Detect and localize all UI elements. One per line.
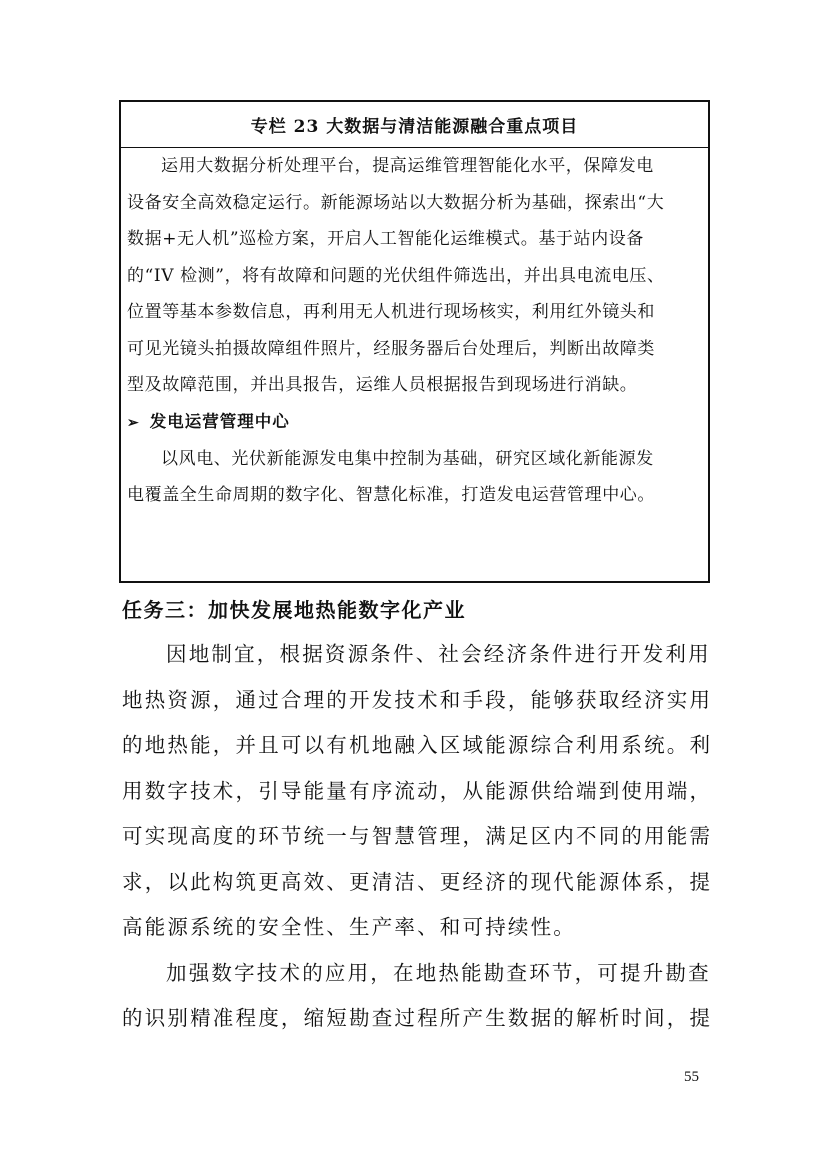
box-text-line: 可见光镜头拍摄故障组件照片，经服务器后台处理后，判断出故障类 (127, 331, 702, 368)
box-text-line: 运用大数据分析处理平台，提高运维管理智能化水平，保障发电 (127, 148, 702, 185)
body-text-line: 的识别精准程度，缩短勘查过程所产生数据的解析时间，提 (122, 996, 712, 1042)
main-text: 因地制宜，根据资源条件、社会经济条件进行开发利用 地热资源，通过合理的开发技术和… (122, 632, 712, 1042)
box-text-line: 数据+无人机”巡检方案，开启人工智能化运维模式。基于站内设备 (127, 221, 702, 258)
box-text-line: 位置等基本参数信息，再利用无人机进行现场核实，利用红外镜头和 (127, 294, 702, 331)
body-text-line: 可实现高度的环节统一与智慧管理，满足区内不同的用能需 (122, 814, 712, 860)
box-subheading-text: 发电运营管理中心 (150, 412, 290, 431)
page-number: 55 (684, 1069, 699, 1086)
body-text-line: 因地制宜，根据资源条件、社会经济条件进行开发利用 (122, 632, 712, 678)
box-text-line: 电覆盖全生命周期的数字化、智慧化标准，打造发电运营管理中心。 (127, 477, 702, 514)
box-text-line: 的“IV 检测”，将有故障和问题的光伏组件筛选出，并出具电流电压、 (127, 258, 702, 295)
section-heading: 任务三：加快发展地热能数字化产业 (122, 594, 466, 623)
box-subheading: ➢发电运营管理中心 (127, 404, 702, 441)
feature-box-body: 运用大数据分析处理平台，提高运维管理智能化水平，保障发电 设备安全高效稳定运行。… (121, 148, 708, 514)
body-text-line: 地热资源，通过合理的开发技术和手段，能够获取经济实用 (122, 678, 712, 724)
feature-box: 专栏 23 大数据与清洁能源融合重点项目 运用大数据分析处理平台，提高运维管理智… (119, 100, 710, 583)
body-text-line: 高能源系统的安全性、生产率、和可持续性。 (122, 905, 712, 951)
box-text-line: 设备安全高效稳定运行。新能源场站以大数据分析为基础，探索出“大 (127, 185, 702, 222)
box-text-line: 以风电、光伏新能源发电集中控制为基础，研究区域化新能源发 (127, 441, 702, 478)
box-text-line: 型及故障范围，并出具报告，运维人员根据报告到现场进行消缺。 (127, 367, 702, 404)
body-text-line: 用数字技术，引导能量有序流动，从能源供给端到使用端， (122, 769, 712, 815)
body-text-line: 的地热能，并且可以有机地融入区域能源综合利用系统。利 (122, 723, 712, 769)
feature-box-title: 专栏 23 大数据与清洁能源融合重点项目 (121, 102, 708, 148)
body-text-line: 求，以此构筑更高效、更清洁、更经济的现代能源体系，提 (122, 860, 712, 906)
body-text-line: 加强数字技术的应用，在地热能勘查环节，可提升勘查 (122, 951, 712, 997)
arrow-bullet-icon: ➢ (127, 405, 140, 441)
